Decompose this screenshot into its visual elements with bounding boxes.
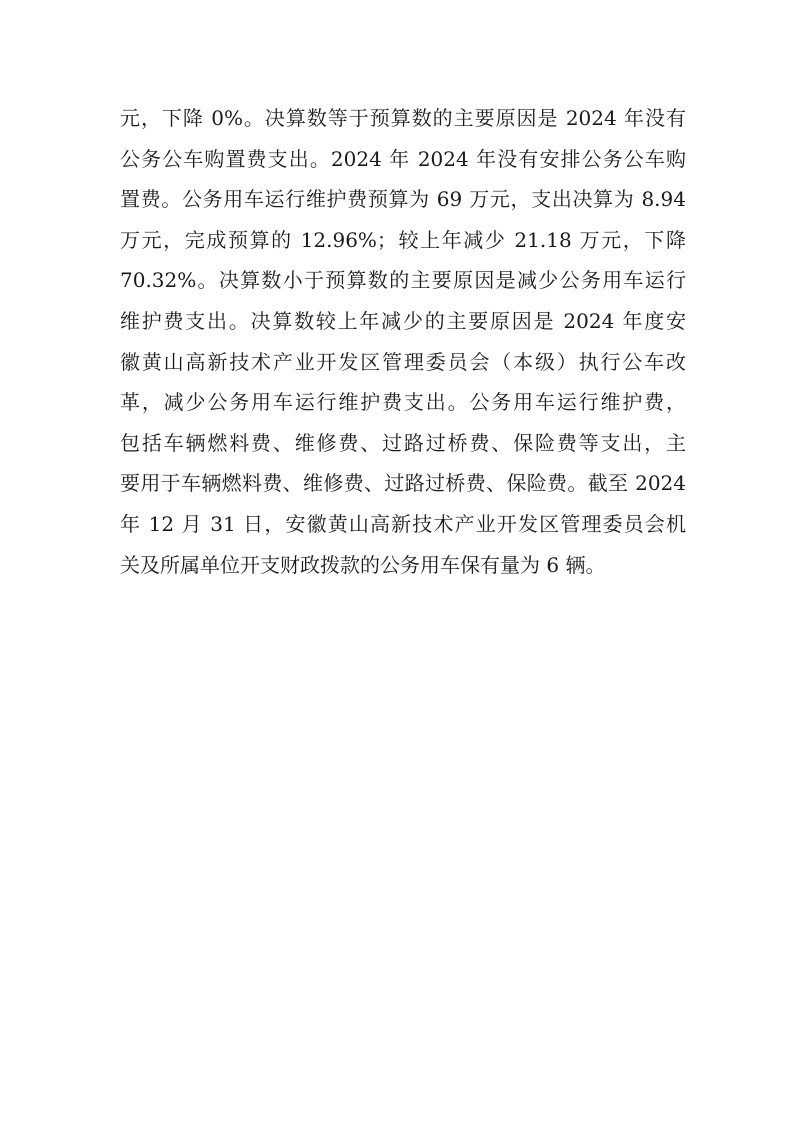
- text-line: 徽黄山高新技术产业开发区管理委员会（本级）执行公车改: [120, 342, 686, 383]
- text-line: 年 12 月 31 日，安徽黄山高新技术产业开发区管理委员会机: [120, 504, 686, 545]
- text-line: 包括车辆燃料费、维修费、过路过桥费、保险费等支出，主: [120, 423, 686, 464]
- text-line: 维护费支出。决算数较上年减少的主要原因是 2024 年度安: [120, 301, 686, 342]
- body-paragraph: 元，下降 0%。决算数等于预算数的主要原因是 2024 年没有 公务公车购置费支…: [120, 98, 686, 585]
- text-line: 要用于车辆燃料费、维修费、过路过桥费、保险费。截至 2024: [120, 463, 686, 504]
- text-line: 万元，完成预算的 12.96%；较上年减少 21.18 万元，下降: [120, 220, 686, 261]
- text-line: 置费。公务用车运行维护费预算为 69 万元，支出决算为 8.94: [120, 179, 686, 220]
- text-line: 元，下降 0%。决算数等于预算数的主要原因是 2024 年没有: [120, 98, 686, 139]
- document-page: 元，下降 0%。决算数等于预算数的主要原因是 2024 年没有 公务公车购置费支…: [0, 0, 793, 1122]
- text-line-last: 关及所属单位开支财政拨款的公务用车保有量为 6 辆。: [120, 545, 686, 586]
- text-line: 70.32%。决算数小于预算数的主要原因是减少公务用车运行: [120, 260, 686, 301]
- text-line: 公务公车购置费支出。2024 年 2024 年没有安排公务公车购: [120, 139, 686, 180]
- text-line: 革，减少公务用车运行维护费支出。公务用车运行维护费，: [120, 382, 686, 423]
